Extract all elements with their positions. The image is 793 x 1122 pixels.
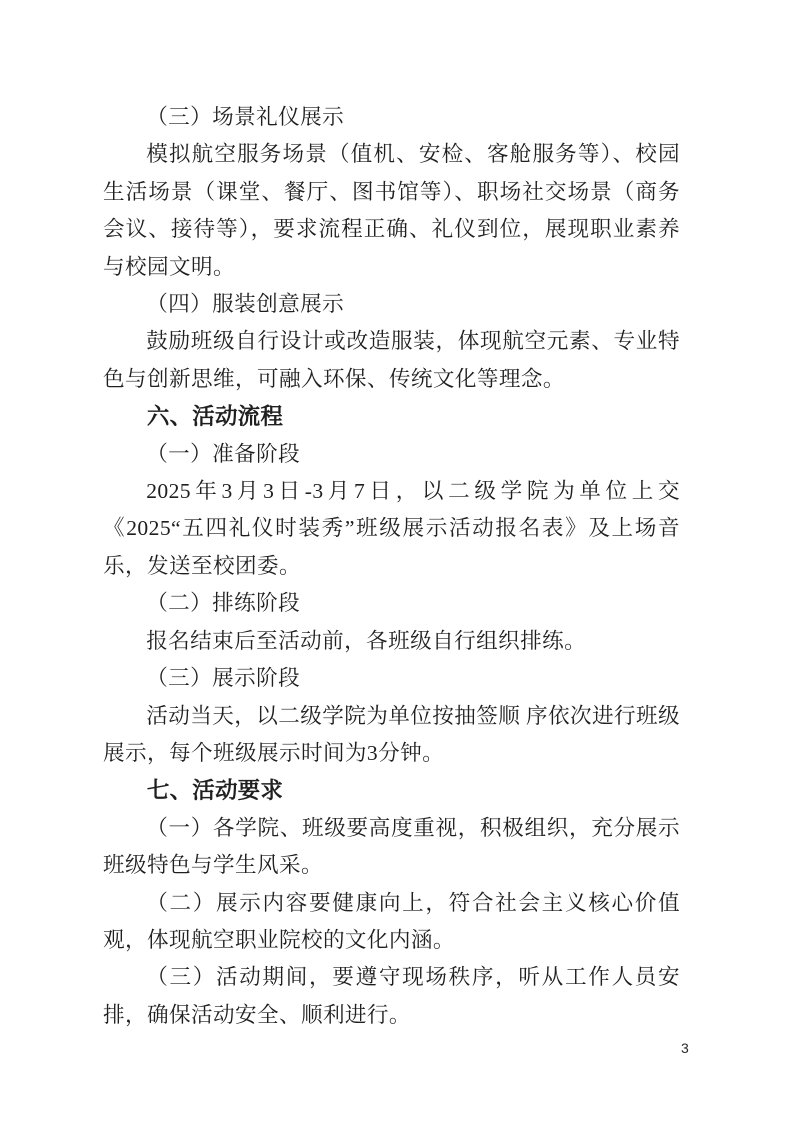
section-subheading-costume-creativity: （四）服装创意展示 <box>103 286 680 323</box>
section-subheading-scene-etiquette: （三）场景礼仪展示 <box>103 99 680 136</box>
section-heading-activity-process: 六、活动流程 <box>103 398 680 435</box>
section-subheading-preparation-stage: （一）准备阶段 <box>103 436 680 473</box>
section-subheading-rehearsal-stage: （二）排练阶段 <box>103 585 680 622</box>
page-number: 3 <box>681 1038 689 1058</box>
paragraph-costume-creativity-body: 鼓励班级自行设计或改造服装，体现航空元素、专业特色与创新思维，可融入环保、传统文… <box>103 323 680 398</box>
paragraph-requirement-1: （一）各学院、班级要高度重视，积极组织，充分展示班级特色与学生风采。 <box>103 810 680 885</box>
paragraph-rehearsal-stage-body: 报名结束后至活动前，各班级自行组织排练。 <box>103 623 680 660</box>
paragraph-requirement-3: （三）活动期间，要遵守现场秩序，听从工作人员安排，确保活动安全、顺利进行。 <box>103 959 680 1034</box>
paragraph-requirement-2: （二）展示内容要健康向上，符合社会主义核心价值观，体现航空职业院校的文化内涵。 <box>103 885 680 960</box>
section-subheading-display-stage: （三）展示阶段 <box>103 660 680 697</box>
paragraph-preparation-stage-body: 2025年3月3日-3月7日，以二级学院为单位上交《2025“五四礼仪时装秀”班… <box>103 473 680 585</box>
paragraph-display-stage-body: 活动当天，以二级学院为单位按抽签顺 序依次进行班级展示，每个班级展示时间为3分钟… <box>103 698 680 773</box>
section-heading-activity-requirements: 七、活动要求 <box>103 772 680 809</box>
document-page: （三）场景礼仪展示 模拟航空服务场景（值机、安检、客舱服务等）、校园生活场景（课… <box>0 0 793 1122</box>
paragraph-scene-etiquette-body: 模拟航空服务场景（值机、安检、客舱服务等）、校园生活场景（课堂、餐厅、图书馆等）… <box>103 136 680 286</box>
